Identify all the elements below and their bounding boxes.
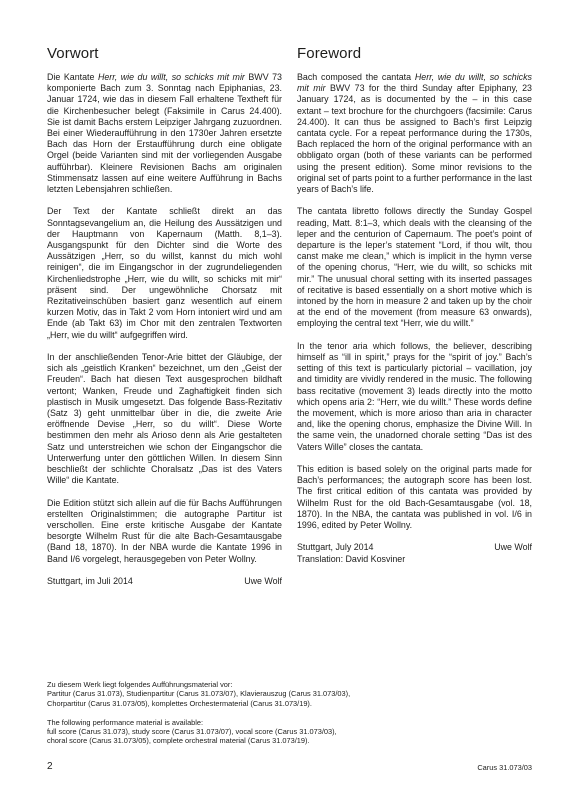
spacer <box>47 708 467 717</box>
paragraph-text: Bach composed the cantata <box>297 72 415 82</box>
material-line-en-2: choral score (Carus 31.073/05), complete… <box>47 736 467 745</box>
german-heading: Vorwort <box>47 44 282 64</box>
material-line-de-2: Chorpartitur (Carus 31.073/05), komplett… <box>47 699 467 708</box>
english-foreword-column: Foreword Bach composed the cantata Herr,… <box>297 44 532 565</box>
author-name: Uwe Wolf <box>244 576 282 587</box>
english-paragraph-1: Bach composed the cantata Herr, wie du w… <box>297 72 532 195</box>
material-line-en-1: full score (Carus 31.073), study score (… <box>47 727 467 736</box>
paragraph-text: Die Kantate <box>47 72 98 82</box>
place-date: Stuttgart, July 2014 <box>297 542 373 553</box>
german-paragraph-2: Der Text der Kantate schließt direkt an … <box>47 206 282 340</box>
english-paragraph-3: In the tenor aria which follows, the bel… <box>297 341 532 453</box>
english-paragraph-4: This edition is based solely on the orig… <box>297 464 532 531</box>
place-date: Stuttgart, im Juli 2014 <box>47 576 133 587</box>
material-line-de-1: Partitur (Carus 31.073), Studienpartitur… <box>47 689 467 698</box>
english-heading: Foreword <box>297 44 532 64</box>
author-name: Uwe Wolf <box>494 542 532 553</box>
paragraph-text: BWV 73 komponierte Bach zum 3. Sonntag n… <box>47 72 282 194</box>
german-foreword-column: Vorwort Die Kantate Herr, wie du willt, … <box>47 44 282 587</box>
translator-credit: Translation: David Kosviner <box>297 554 532 565</box>
german-paragraph-4: Die Edition stützt sich allein auf die f… <box>47 498 282 565</box>
german-signature: Stuttgart, im Juli 2014 Uwe Wolf <box>47 576 282 587</box>
catalog-code: Carus 31.073/03 <box>477 763 532 772</box>
cantata-title: Herr, wie du willt, so schicks mit mir <box>98 72 245 82</box>
material-intro-de: Zu diesem Werk liegt folgendes Aufführun… <box>47 680 467 689</box>
paragraph-text: BWV 73 for the third Sunday after Epipha… <box>297 83 532 194</box>
english-signature: Stuttgart, July 2014 Uwe Wolf <box>297 542 532 553</box>
german-paragraph-3: In der anschließenden Tenor-Arie bittet … <box>47 352 282 486</box>
material-intro-en: The following performance material is av… <box>47 718 467 727</box>
german-paragraph-1: Die Kantate Herr, wie du willt, so schic… <box>47 72 282 195</box>
page-number: 2 <box>47 761 53 772</box>
english-paragraph-2: The cantata libretto follows directly th… <box>297 206 532 329</box>
performance-material-note: Zu diesem Werk liegt folgendes Aufführun… <box>47 680 467 746</box>
